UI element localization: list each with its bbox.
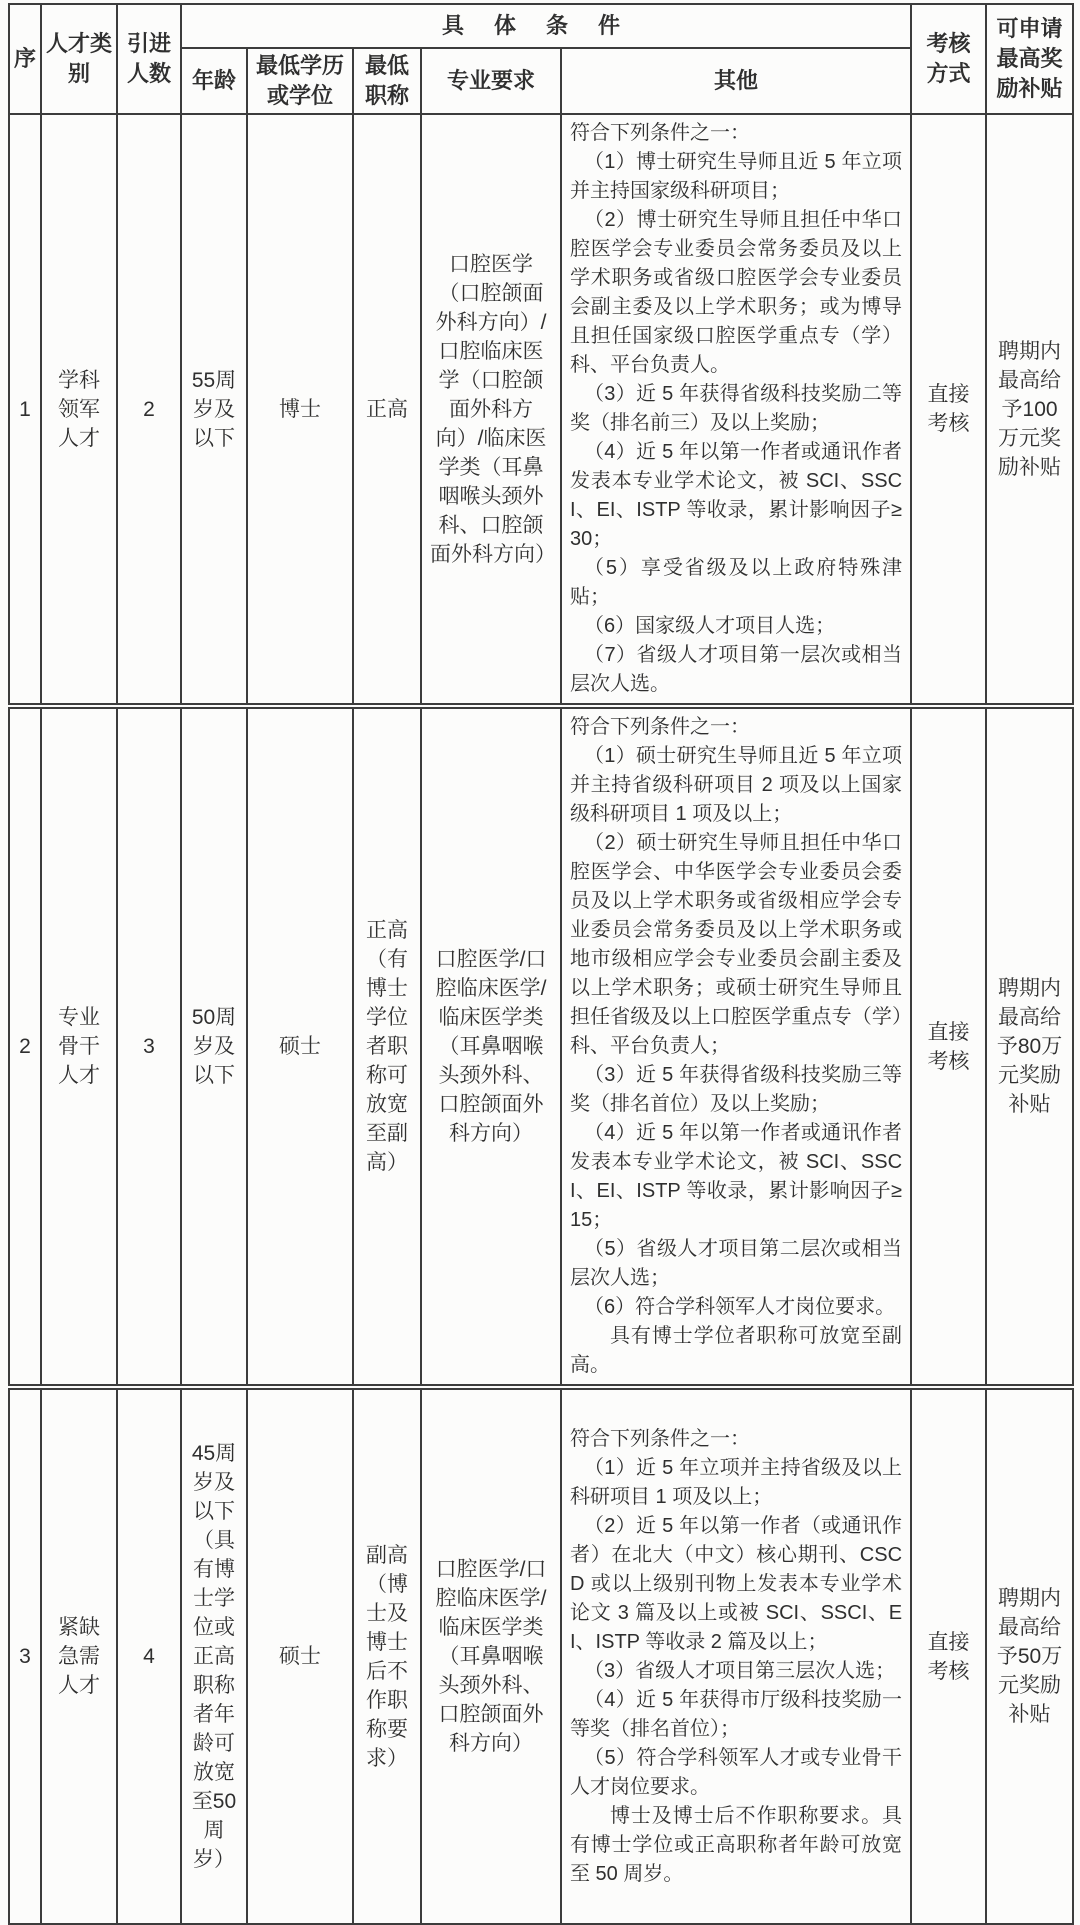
r3-no: 3 — [9, 1387, 41, 1924]
r1-other-p4: （4）近 5 年以第一作者或通讯作者发表本专业学术论文，被 SCI、SSCI、E… — [570, 438, 902, 554]
r2-other-p4: （4）近 5 年以第一作者或通讯作者发表本专业学术论文，被 SCI、SSCI、E… — [570, 1119, 902, 1235]
table-row-2: 2 专业骨干人才 3 50周岁及以下 硕士 正高（有博士学位者职称可放宽至副高）… — [9, 706, 1073, 1387]
header-reward: 可申请最高奖励补贴 — [986, 4, 1073, 114]
r2-other-p6: （6）符合学科领军人才岗位要求。 — [570, 1293, 902, 1322]
r1-category: 学科领军人才 — [41, 114, 117, 706]
r1-no: 1 — [9, 114, 41, 706]
r1-title: 正高 — [353, 114, 421, 706]
r3-degree: 硕士 — [247, 1387, 353, 1924]
header-count: 引进人数 — [117, 4, 181, 114]
r2-assessment: 直接考核 — [911, 706, 986, 1387]
r1-other-p5: （5）享受省级及以上政府特殊津贴； — [570, 554, 902, 612]
r3-other-p4: （4）近 5 年获得市厅级科技奖励一等奖（排名首位）； — [570, 1686, 902, 1744]
r2-category: 专业骨干人才 — [41, 706, 117, 1387]
r3-category: 紧缺急需人才 — [41, 1387, 117, 1924]
r2-other-p1: （1）硕士研究生导师且近 5 年立项并主持省级科研项目 2 项及以上国家级科研项… — [570, 742, 902, 829]
r1-major: 口腔医学（口腔颌面外科方向）/口腔临床医学（口腔颌面外科方向）/临床医学类（耳鼻… — [421, 114, 561, 706]
header-title: 最低职称 — [353, 48, 421, 114]
header-category: 人才类别 — [41, 4, 117, 114]
r2-other-p0: 符合下列条件之一： — [570, 713, 902, 742]
r2-count: 3 — [117, 706, 181, 1387]
r2-degree: 硕士 — [247, 706, 353, 1387]
r1-degree: 博士 — [247, 114, 353, 706]
r1-assessment: 直接考核 — [911, 114, 986, 706]
table-row-1: 1 学科领军人才 2 55周岁及以下 博士 正高 口腔医学（口腔颌面外科方向）/… — [9, 114, 1073, 706]
r2-other-p3: （3）近 5 年获得省级科技奖励三等奖（排名首位）及以上奖励； — [570, 1061, 902, 1119]
r2-age: 50周岁及以下 — [181, 706, 247, 1387]
header-major: 专业要求 — [421, 48, 561, 114]
r3-other-p0: 符合下列条件之一： — [570, 1425, 902, 1454]
r1-age: 55周岁及以下 — [181, 114, 247, 706]
table-header: 序 人才类别 引进人数 具体条件 考核方式 可申请最高奖励补贴 年龄 最低学历或… — [9, 4, 1073, 114]
header-age: 年龄 — [181, 48, 247, 114]
header-assessment: 考核方式 — [911, 4, 986, 114]
header-degree: 最低学历或学位 — [247, 48, 353, 114]
r1-reward: 聘期内最高给予100万元奖励补贴 — [986, 114, 1073, 706]
r3-other: 符合下列条件之一： （1）近 5 年立项并主持省级及以上科研项目 1 项及以上；… — [561, 1387, 911, 1924]
r2-reward: 聘期内最高给予80万元奖励补贴 — [986, 706, 1073, 1387]
r3-age: 45周岁及以下（具有博士学位或正高职称者年龄可放宽至50周岁） — [181, 1387, 247, 1924]
r3-title: 副高（博士及博士后不作职称要求） — [353, 1387, 421, 1924]
r3-major: 口腔医学/口腔临床医学/临床医学类（耳鼻咽喉头颈外科、口腔颌面外科方向） — [421, 1387, 561, 1924]
table-row-3: 3 紧缺急需人才 4 45周岁及以下（具有博士学位或正高职称者年龄可放宽至50周… — [9, 1387, 1073, 1924]
r1-other-p0: 符合下列条件之一： — [570, 119, 902, 148]
r1-count: 2 — [117, 114, 181, 706]
r1-other-p7: （7）省级人才项目第一层次或相当层次人选。 — [570, 641, 902, 699]
r1-other-p6: （6）国家级人才项目人选； — [570, 612, 902, 641]
recruitment-conditions-table: 序 人才类别 引进人数 具体条件 考核方式 可申请最高奖励补贴 年龄 最低学历或… — [8, 3, 1074, 1925]
r3-assessment: 直接考核 — [911, 1387, 986, 1924]
r1-other-p2: （2）博士研究生导师且担任中华口腔医学会专业委员会常务委员及以上学术职务或省级口… — [570, 206, 902, 380]
r2-title: 正高（有博士学位者职称可放宽至副高） — [353, 706, 421, 1387]
r3-other-p2: （2）近 5 年以第一作者（或通讯作者）在北大（中文）核心期刊、CSCD 或以上… — [570, 1512, 902, 1657]
r2-other-p5: （5）省级人才项目第二层次或相当层次人选； — [570, 1235, 902, 1293]
r1-other-p1: （1）博士研究生导师且近 5 年立项并主持国家级科研项目； — [570, 148, 902, 206]
r3-other-p5: （5）符合学科领军人才或专业骨干人才岗位要求。 — [570, 1744, 902, 1802]
r2-no: 2 — [9, 706, 41, 1387]
header-other: 其他 — [561, 48, 911, 114]
r1-other-p3: （3）近 5 年获得省级科技奖励二等奖（排名前三）及以上奖励； — [570, 380, 902, 438]
r2-other-p7: 具有博士学位者职称可放宽至副高。 — [570, 1322, 902, 1380]
r2-other-p2: （2）硕士研究生导师且担任中华口腔医学会、中华医学会专业委员会委员及以上学术职务… — [570, 829, 902, 1061]
r2-other: 符合下列条件之一： （1）硕士研究生导师且近 5 年立项并主持省级科研项目 2 … — [561, 706, 911, 1387]
r3-reward: 聘期内最高给予50万元奖励补贴 — [986, 1387, 1073, 1924]
header-no: 序 — [9, 4, 41, 114]
r1-other: 符合下列条件之一： （1）博士研究生导师且近 5 年立项并主持国家级科研项目； … — [561, 114, 911, 706]
r3-other-p3: （3）省级人才项目第三层次人选； — [570, 1657, 902, 1686]
r2-major: 口腔医学/口腔临床医学/临床医学类（耳鼻咽喉头颈外科、口腔颌面外科方向） — [421, 706, 561, 1387]
r3-count: 4 — [117, 1387, 181, 1924]
r3-other-p6: 博士及博士后不作职称要求。具有博士学位或正高职称者年龄可放宽至 50 周岁。 — [570, 1802, 902, 1889]
header-conditions: 具体条件 — [181, 4, 911, 48]
r3-other-p1: （1）近 5 年立项并主持省级及以上科研项目 1 项及以上； — [570, 1454, 902, 1512]
